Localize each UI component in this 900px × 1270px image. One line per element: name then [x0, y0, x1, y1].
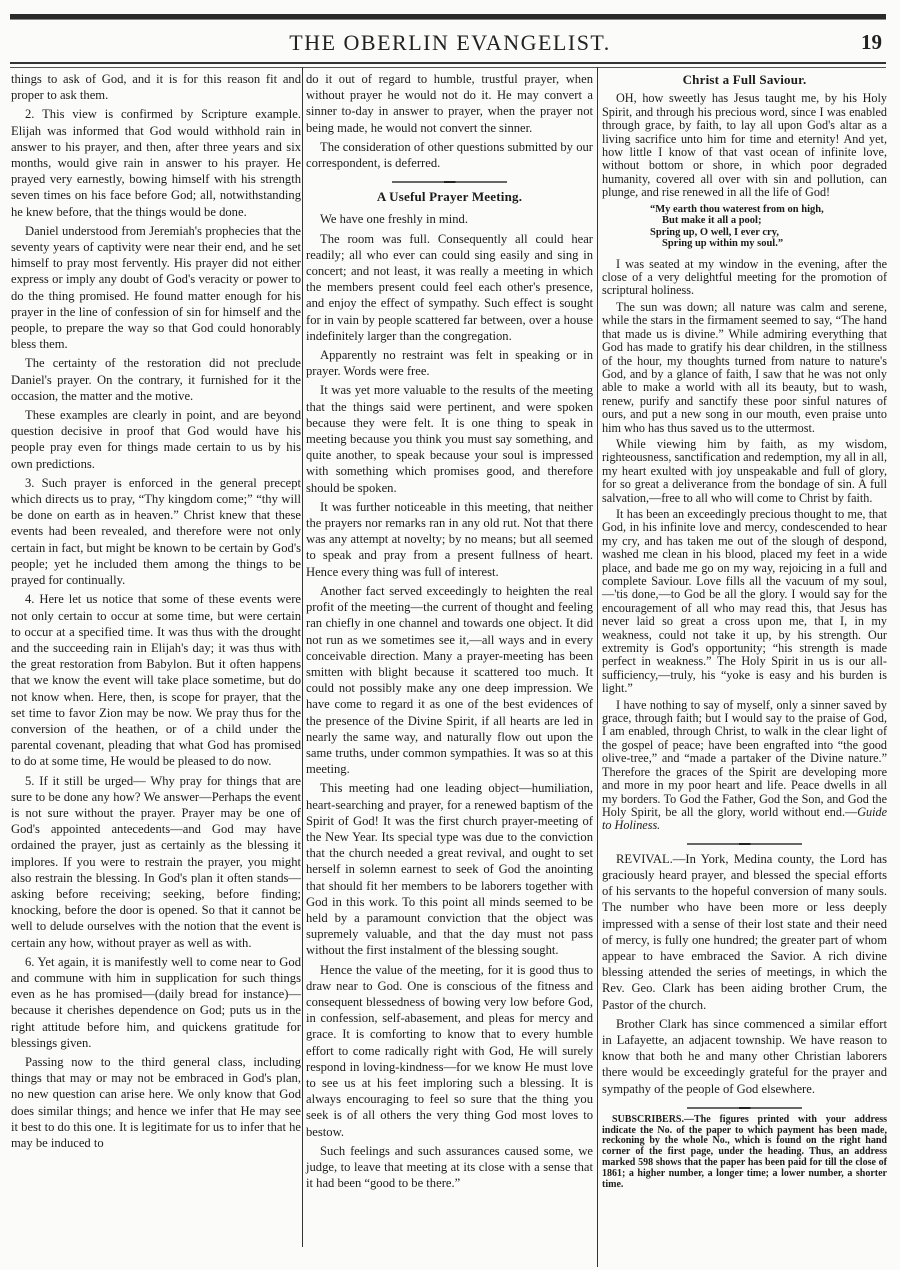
revival-notice: REVIVAL.—In York, Medina county, the Lor…	[602, 851, 887, 1097]
paragraph: I have nothing to say of myself, only a …	[602, 699, 887, 833]
paragraph: Daniel understood from Jeremiah's prophe…	[11, 223, 301, 353]
section-divider	[687, 843, 802, 845]
article-title: Christ a Full Saviour.	[602, 73, 887, 86]
subscribers-text: —The figures printed with your address i…	[602, 1114, 887, 1190]
column-3: Christ a Full Saviour. OH, how sweetly h…	[602, 71, 887, 1193]
paragraph: do it out of regard to humble, trustful …	[306, 71, 593, 136]
paragraph: We have one freshly in mind.	[306, 211, 593, 227]
paragraph-text: I have nothing to say of myself, only a …	[602, 698, 887, 819]
revival-text: —In York, Medina county, the Lord has gr…	[602, 852, 887, 1012]
column-divider	[597, 67, 598, 1267]
paragraph: 6. Yet again, it is manifestly well to c…	[11, 954, 301, 1051]
paragraph: These examples are clearly in point, and…	[11, 407, 301, 472]
paragraph: 5. If it still be urged— Why pray for th…	[11, 773, 301, 951]
paragraph: Passing now to the third general class, …	[11, 1054, 301, 1151]
paragraph: 4. Here let us notice that some of these…	[11, 591, 301, 769]
section-divider	[687, 1107, 802, 1109]
paragraph: OH, how sweetly has Jesus taught me, by …	[602, 92, 887, 199]
verse-line: “My earth thou waterest from on high,	[650, 204, 887, 216]
paragraph: things to ask of God, and it is for this…	[11, 71, 301, 103]
paragraph: Apparently no restraint was felt in spea…	[306, 347, 593, 379]
paragraph: While viewing him by faith, as my wisdom…	[602, 438, 887, 505]
verse-quote: “My earth thou waterest from on high, Bu…	[650, 204, 887, 250]
section-divider	[392, 181, 507, 183]
paragraph: 3. Such prayer is enforced in the genera…	[11, 475, 301, 588]
top-rule	[10, 14, 886, 20]
paragraph: Hence the value of the meeting, for it i…	[306, 962, 593, 1140]
verse-line: Spring up within my soul.”	[650, 238, 887, 250]
paragraph: It was further noticeable in this meetin…	[306, 499, 593, 580]
paragraph: The sun was down; all nature was calm an…	[602, 301, 887, 435]
paragraph: It was yet more valuable to the results …	[306, 382, 593, 495]
newspaper-title: THE OBERLIN EVANGELIST.	[0, 30, 900, 56]
paragraph: REVIVAL.—In York, Medina county, the Lor…	[602, 851, 887, 1013]
paragraph: It has been an exceedingly precious thou…	[602, 508, 887, 696]
paragraph: The room was full. Consequently all coul…	[306, 231, 593, 344]
paragraph: Such feelings and such assurances caused…	[306, 1143, 593, 1192]
subscribers-note: SUBSCRIBERS.—The figures printed with yo…	[602, 1115, 887, 1191]
column-2: do it out of regard to humble, trustful …	[306, 71, 593, 1194]
paragraph: Another fact served exceedingly to heigh…	[306, 583, 593, 777]
subscribers-lead: SUBSCRIBERS.	[612, 1114, 684, 1125]
article-title: A Useful Prayer Meeting.	[306, 189, 593, 205]
verse-line: Spring up, O well, I ever cry,	[650, 227, 887, 239]
verse-line: But make it all a pool;	[650, 215, 887, 227]
paragraph: 2. This view is confirmed by Scripture e…	[11, 106, 301, 219]
paragraph: I was seated at my window in the evening…	[602, 258, 887, 298]
masthead-rule	[10, 62, 886, 68]
paragraph: The certainty of the restoration did not…	[11, 355, 301, 404]
page-number: 19	[861, 30, 882, 55]
paragraph: This meeting had one leading object—humi…	[306, 780, 593, 958]
paragraph: Brother Clark has since commenced a simi…	[602, 1016, 887, 1097]
revival-lead: REVIVAL.	[616, 852, 673, 866]
column-divider	[302, 67, 303, 1247]
column-1: things to ask of God, and it is for this…	[11, 71, 301, 1154]
paragraph: The consideration of other questions sub…	[306, 139, 593, 171]
masthead: THE OBERLIN EVANGELIST. 19	[0, 28, 900, 58]
